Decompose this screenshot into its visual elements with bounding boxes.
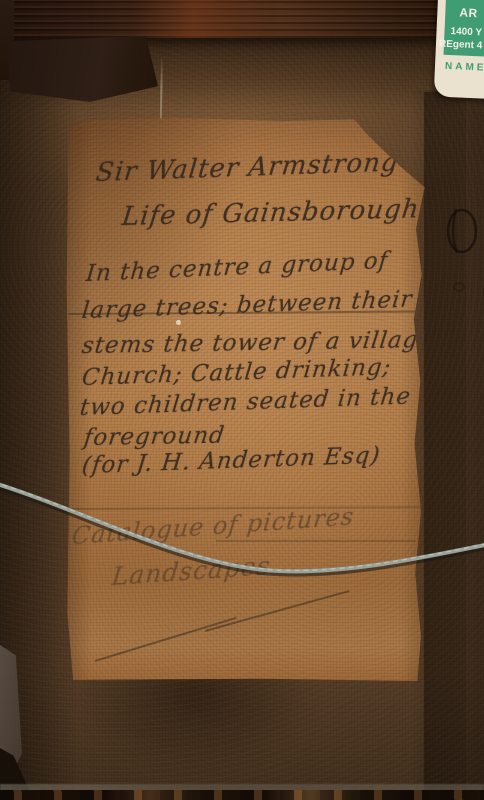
handwriting-title-line-2: Life of Gainsborough bbox=[120, 194, 421, 232]
pencil-flourish-stroke-1 bbox=[95, 617, 237, 662]
frame-top-rail bbox=[0, 0, 484, 38]
handwritten-paper-label: Sir Walter Armstrong Life of Gainsboroug… bbox=[66, 116, 426, 681]
handwriting-body-line-2: large trees; between their bbox=[81, 286, 414, 324]
handwriting-title-line-1: Sir Walter Armstrong bbox=[94, 147, 400, 188]
gallery-label-address-text: 1400 Y bbox=[450, 26, 482, 38]
gallery-label-name-field: NAME bbox=[445, 61, 484, 74]
gallery-label-phone-text: REgent 4 bbox=[439, 39, 483, 52]
pencil-rule-line-2 bbox=[216, 540, 416, 542]
handwriting-footer-line-2: Landscapes bbox=[110, 551, 272, 591]
gallery-label-card: AR 1400 Y REgent 4 NAME bbox=[434, 0, 484, 100]
handwriting-body-line-6: foreground bbox=[82, 423, 226, 452]
painting-back-photo: Sir Walter Armstrong Life of Gainsboroug… bbox=[0, 0, 484, 800]
gallery-label-org-text: AR bbox=[459, 5, 478, 20]
paint-speck bbox=[176, 320, 181, 325]
frame-bottom-rail bbox=[0, 790, 484, 800]
pencil-flourish-stroke-2 bbox=[205, 590, 350, 632]
handwriting-body-line-1: In the centre a group of bbox=[85, 248, 390, 287]
